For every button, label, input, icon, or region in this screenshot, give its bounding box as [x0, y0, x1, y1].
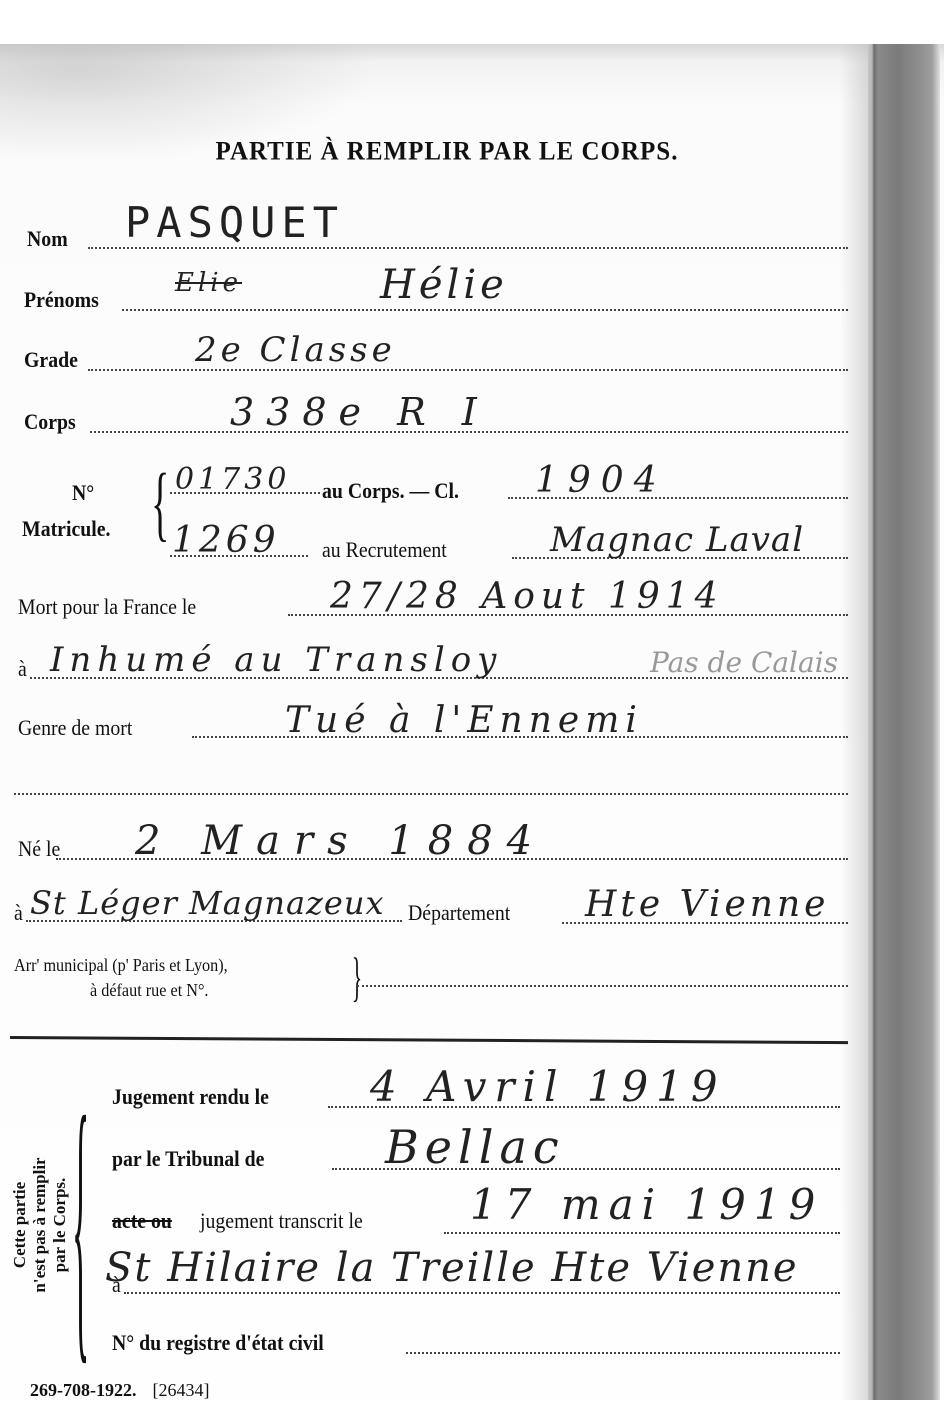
nom-line — [88, 247, 848, 249]
binding-strip — [868, 44, 940, 1400]
transcrit-a-line — [124, 1292, 840, 1294]
tribunal-value: Bellac — [385, 1120, 565, 1174]
departement-value: Hte Vienne — [585, 884, 829, 925]
matricule-corps-label: au Corps. — Cl. — [322, 478, 459, 504]
tribunal-label: par le Tribunal de — [112, 1146, 264, 1172]
grade-value: 2e Classe — [195, 330, 396, 370]
footer-print-code: 269-708-1922.[26434] — [30, 1380, 210, 1401]
mort-a-label: à — [18, 656, 27, 682]
matricule-brace: { — [151, 462, 169, 546]
mort-le-label: Mort pour la France le — [18, 594, 196, 620]
arrondissement-label-1: Arr' municipal (p' Paris et Lyon), — [14, 955, 228, 976]
matricule-label: Matricule. — [22, 516, 111, 542]
classe-value: 1904 — [535, 460, 667, 501]
transcrit-value: 17 mai 1919 — [470, 1180, 823, 1229]
transcrit-line — [444, 1232, 840, 1234]
jugement-rendu-value: 4 Avril 1919 — [370, 1062, 726, 1111]
ne-a-value: St Léger Magnazeux — [30, 884, 385, 922]
grade-label: Grade — [24, 347, 78, 373]
mort-a-extra: Pas de Calais — [650, 646, 838, 679]
prenoms-line — [122, 309, 848, 311]
arrondissement-brace: } — [352, 950, 362, 1004]
ne-a-label: à — [14, 900, 23, 926]
corps-value: 338e R I — [230, 390, 489, 434]
nom-label: Nom — [27, 226, 68, 252]
genre-de-mort-label: Genre de mort — [18, 715, 132, 741]
form-title: PARTIE À REMPLIR PAR LE CORPS. — [0, 137, 944, 166]
transcrit-struck: acte ou — [112, 1208, 172, 1234]
corps-label: Corps — [24, 409, 76, 435]
transcrit-a-value: St Hilaire la Treille Hte Vienne — [105, 1245, 799, 1291]
prenoms-label: Prénoms — [24, 287, 99, 313]
matricule-corps-number: 01730 — [175, 462, 290, 497]
side-note: Cette partie n'est pas à remplir par le … — [10, 1125, 70, 1325]
recrutement-label: au Recrutement — [322, 537, 447, 563]
transcrit-label: jugement transcrit le — [200, 1208, 363, 1234]
nom-value: PASQUET — [125, 198, 344, 247]
prenoms-value: Hélie — [380, 262, 508, 308]
registre-line — [406, 1352, 840, 1354]
registre-label: N° du registre d'état civil — [112, 1330, 324, 1356]
recrutement-value: Magnac Laval — [550, 520, 804, 560]
departement-label: Département — [408, 900, 510, 926]
ne-le-label: Né le — [18, 836, 60, 862]
footer-ref: [26434] — [153, 1380, 210, 1400]
jugement-brace: { — [72, 1072, 89, 1372]
blank-line — [14, 793, 848, 795]
arrondissement-label-2: à défaut rue et N°. — [90, 980, 208, 1001]
mort-a-value: Inhumé au Transloy — [50, 640, 502, 680]
arrondissement-line — [357, 985, 848, 987]
footer-code: 269-708-1922. — [30, 1380, 137, 1400]
ne-le-value: 2 Mars 1884 — [135, 818, 546, 864]
genre-de-mort-value: Tué à l'Ennemi — [285, 700, 643, 741]
mort-le-value: 27/28 Aout 1914 — [330, 576, 724, 617]
prenoms-struck-value: Elie — [175, 268, 242, 298]
matricule-label-no: N° — [72, 480, 94, 506]
recrutement-number: 1269 — [172, 520, 280, 561]
jugement-rendu-label: Jugement rendu le — [112, 1084, 269, 1110]
